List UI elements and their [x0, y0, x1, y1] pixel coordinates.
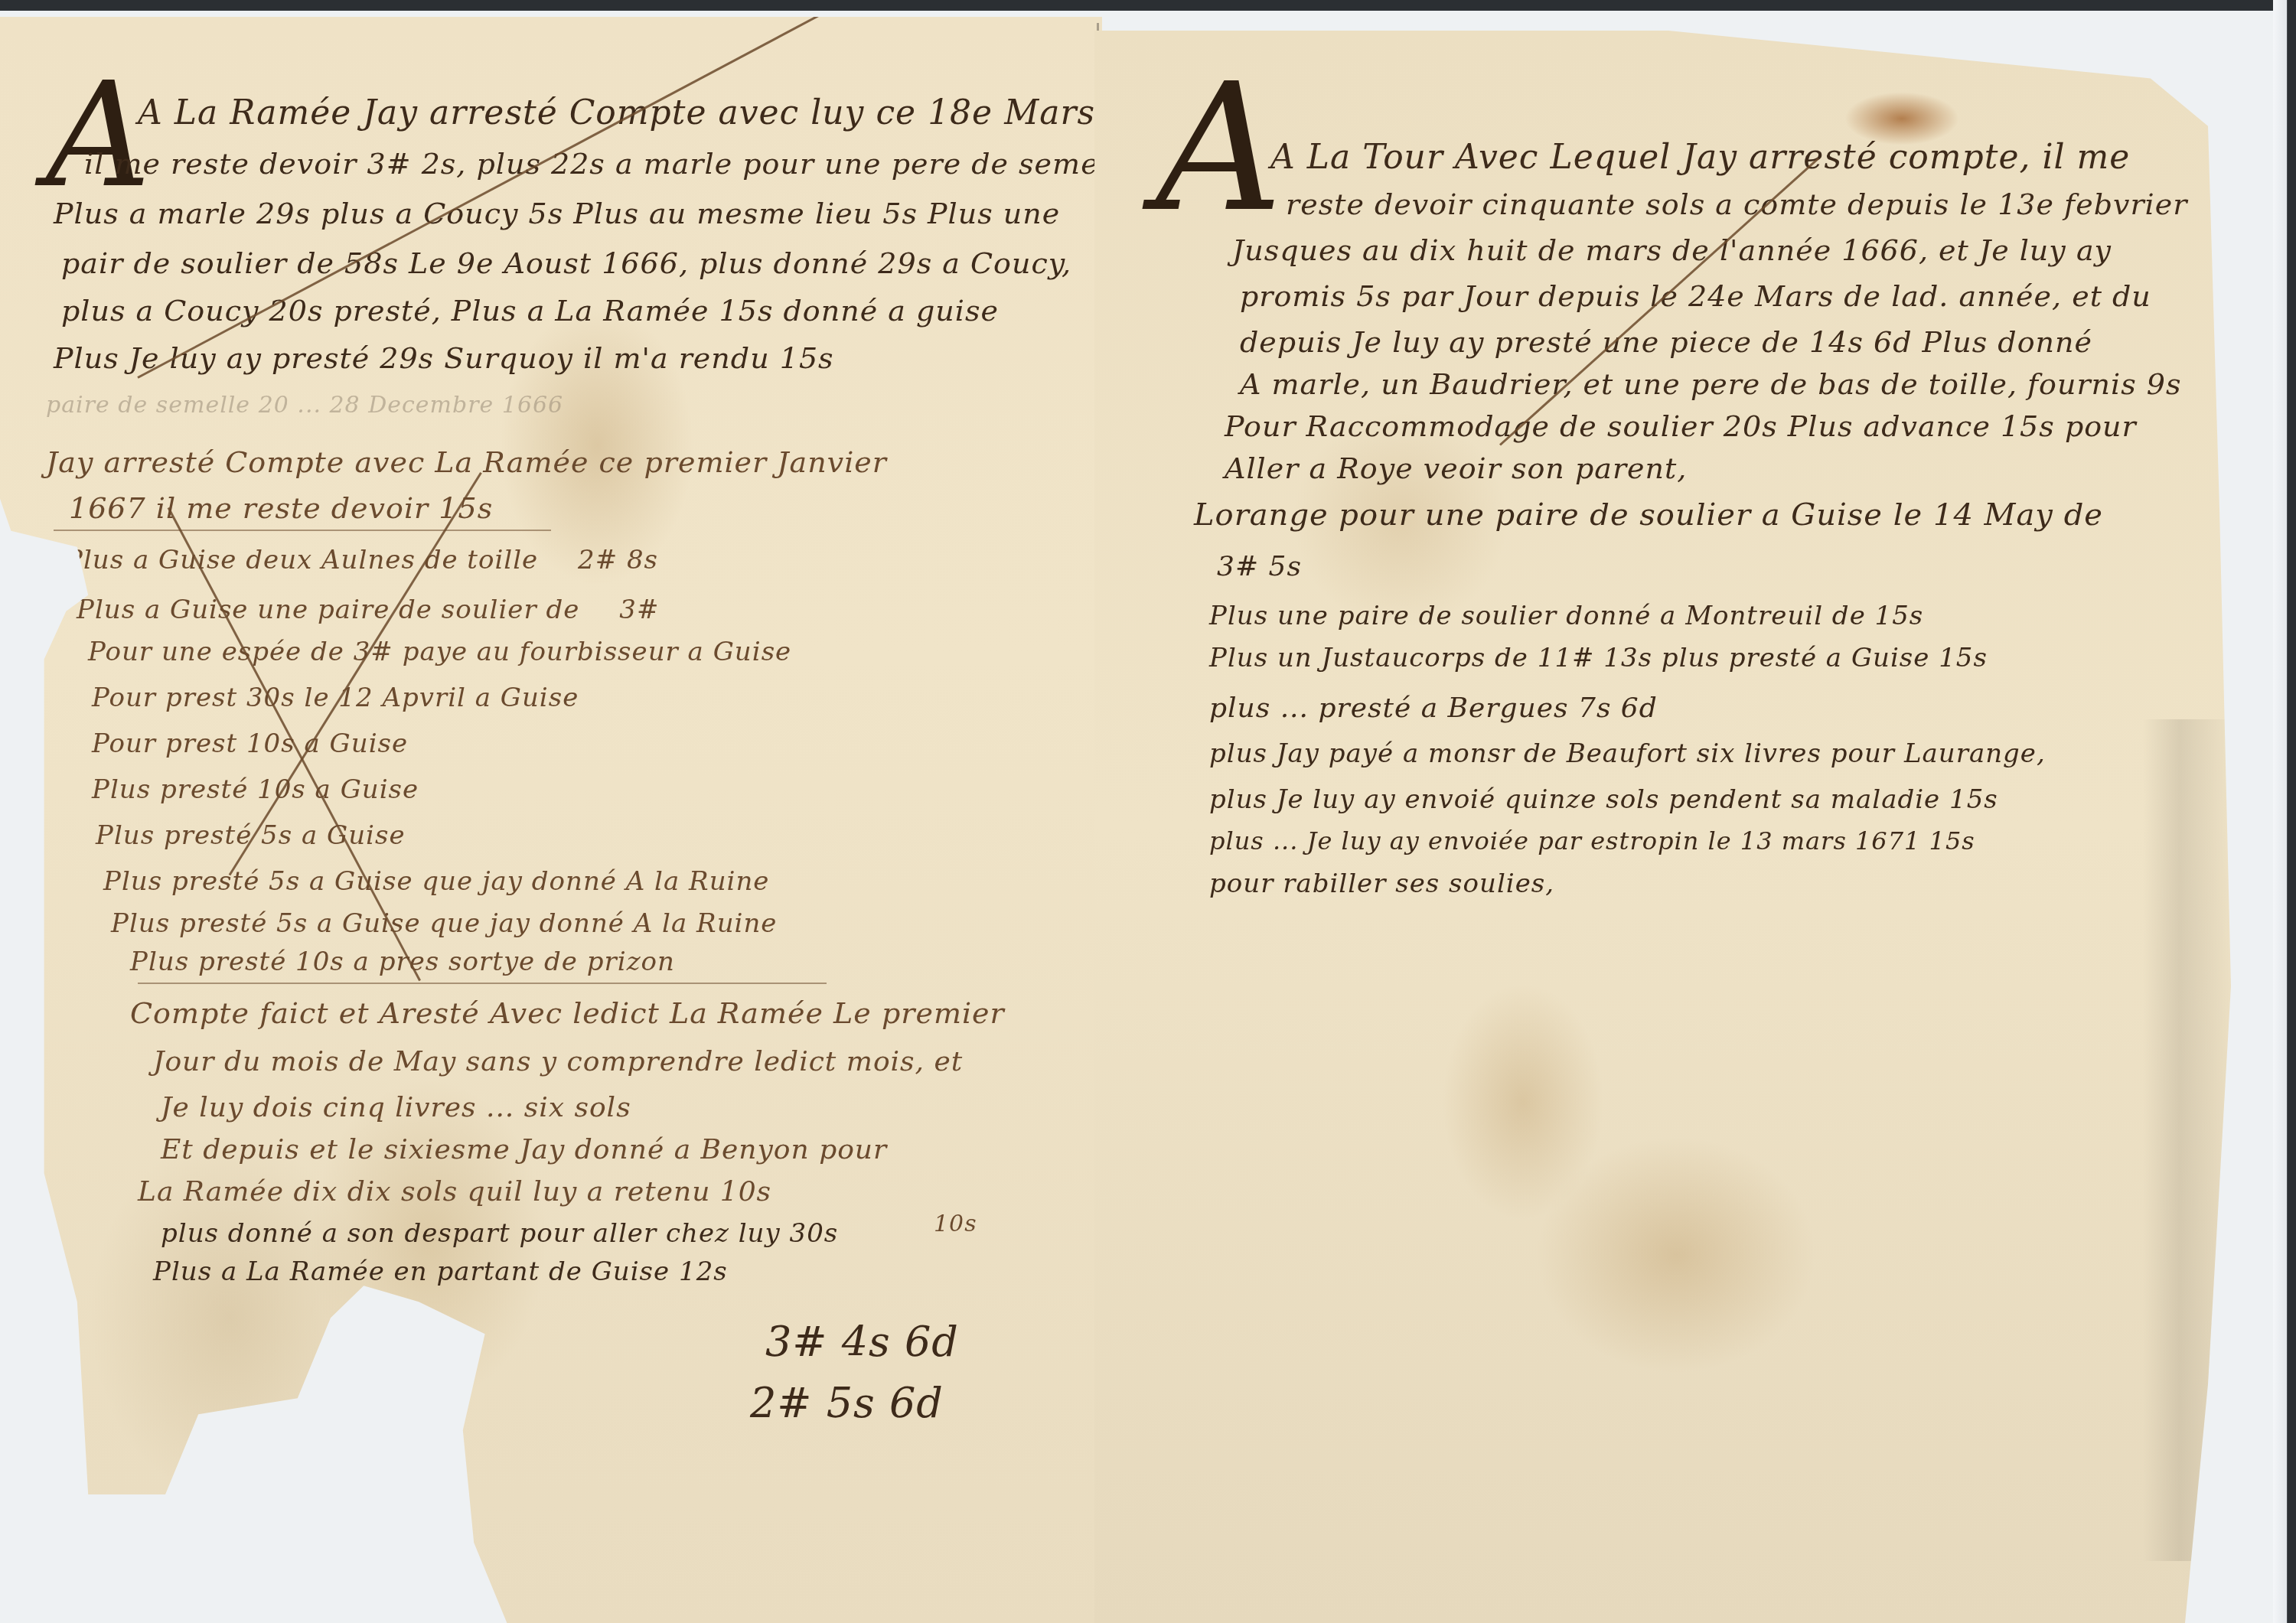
- scanner-top-bar: [0, 0, 2296, 11]
- settlement-line: plus donné a son despart pour aller chez…: [161, 1218, 838, 1249]
- left-page: A A La Ramée Jay arresté Compte avec luy…: [0, 17, 1102, 1623]
- entry-line: 3# 5s: [1217, 551, 1302, 582]
- settlement-line: Plus a La Ramée en partant de Guise 12s: [153, 1256, 728, 1287]
- entry-line: il me reste devoir 3# 2s, plus 22s a mar…: [84, 147, 1137, 181]
- cancellation-stroke: [229, 472, 482, 875]
- item-line: Plus presté 5s a Guise: [96, 820, 406, 851]
- settlement-line: Jour du mois de May sans y comprendre le…: [153, 1046, 963, 1077]
- item-line: Pour prest 10s a Guise: [92, 728, 408, 759]
- item-line: Plus presté 10s a Guise: [92, 774, 419, 805]
- entry-line: depuis Je luy ay presté une piece de 14s…: [1240, 325, 2092, 359]
- entry-line: plus Je luy ay envoié quinze sols penden…: [1209, 784, 1998, 815]
- settlement-line: Et depuis et le sixiesme Jay donné a Ben…: [161, 1134, 887, 1165]
- entry-line: plus a Coucy 20s presté, Plus a La Ramée…: [61, 294, 999, 328]
- left-drop-cap: A: [46, 63, 151, 208]
- entry-line: Aller a Roye veoir son parent,: [1225, 451, 1687, 485]
- entry-line: Jusques au dix huit de mars de l'année 1…: [1232, 233, 2112, 267]
- settlement-line: Je luy dois cinq livres ... six sols: [161, 1092, 631, 1123]
- faint-bleedthrough-line: paire de semelle 20 ... 28 Decembre 1666: [46, 392, 563, 419]
- item-line: Pour prest 30s le 12 Apvril a Guise: [92, 683, 579, 713]
- entry-line: plus Jay payé a monsr de Beaufort six li…: [1209, 738, 2046, 769]
- margin-note: 10s: [934, 1211, 977, 1237]
- entry-line: plus ... Je luy ay envoiée par estropin …: [1209, 826, 1975, 855]
- scanner-right-edge: [2273, 0, 2296, 1623]
- entry-line: promis 5s par Jour depuis le 24e Mars de…: [1240, 279, 2151, 313]
- underline-rule: [138, 983, 827, 984]
- item-line: Plus presté 5s a Guise que jay donné A l…: [111, 908, 777, 939]
- entry-line: pair de soulier de 58s Le 9e Aoust 1666,…: [61, 246, 1071, 280]
- item-line: Plus a Guise une paire de soulier de 3#: [77, 595, 659, 625]
- entry-line: Lorange pour une paire de soulier a Guis…: [1194, 497, 2103, 533]
- underline-rule: [54, 530, 551, 531]
- entry-line: A La Ramée Jay arresté Compte avec luy c…: [138, 93, 1158, 132]
- right-drop-cap: A: [1156, 61, 1283, 237]
- right-page: A A La Tour Avec Lequel Jay arresté comp…: [1094, 31, 2242, 1623]
- item-line: Plus presté 5s a Guise que jay donné A l…: [103, 866, 769, 897]
- entry-line: pour rabiller ses soulies,: [1209, 869, 1554, 899]
- entry-line: A marle, un Baudrier, et une pere de bas…: [1240, 367, 2182, 401]
- entry-line: A La Tour Avec Lequel Jay arresté compte…: [1270, 138, 2130, 177]
- page-curl-shadow: [2143, 719, 2235, 1561]
- total-amount: 3# 4s 6d: [765, 1318, 959, 1366]
- entry-line: plus ... presté a Bergues 7s 6d: [1209, 693, 1658, 724]
- entry-line: Plus une paire de soulier donné a Montre…: [1209, 601, 1923, 631]
- item-line: Plus a Guise deux Aulnes de toille 2# 8s: [65, 545, 658, 575]
- settlement-line: La Ramée dix dix sols quil luy a retenu …: [138, 1176, 771, 1207]
- entry-line: 1667 il me reste devoir 15s: [69, 491, 493, 525]
- settlement-line: Compte faict et Aresté Avec ledict La Ra…: [130, 996, 1005, 1030]
- entry-line: Pour Raccommodage de soulier 20s Plus ad…: [1225, 409, 2137, 443]
- entry-line: Jay arresté Compte avec La Ramée ce prem…: [46, 445, 887, 479]
- entry-line: Plus un Justaucorps de 11# 13s plus pres…: [1209, 643, 1988, 673]
- entry-line: Plus a marle 29s plus a Coucy 5s Plus au…: [54, 197, 1060, 230]
- item-line: Pour une espée de 3# paye au fourbisseur…: [88, 637, 791, 667]
- entry-line: reste devoir cinquante sols a comte depu…: [1286, 187, 2187, 221]
- total-amount: 2# 5s 6d: [750, 1379, 944, 1427]
